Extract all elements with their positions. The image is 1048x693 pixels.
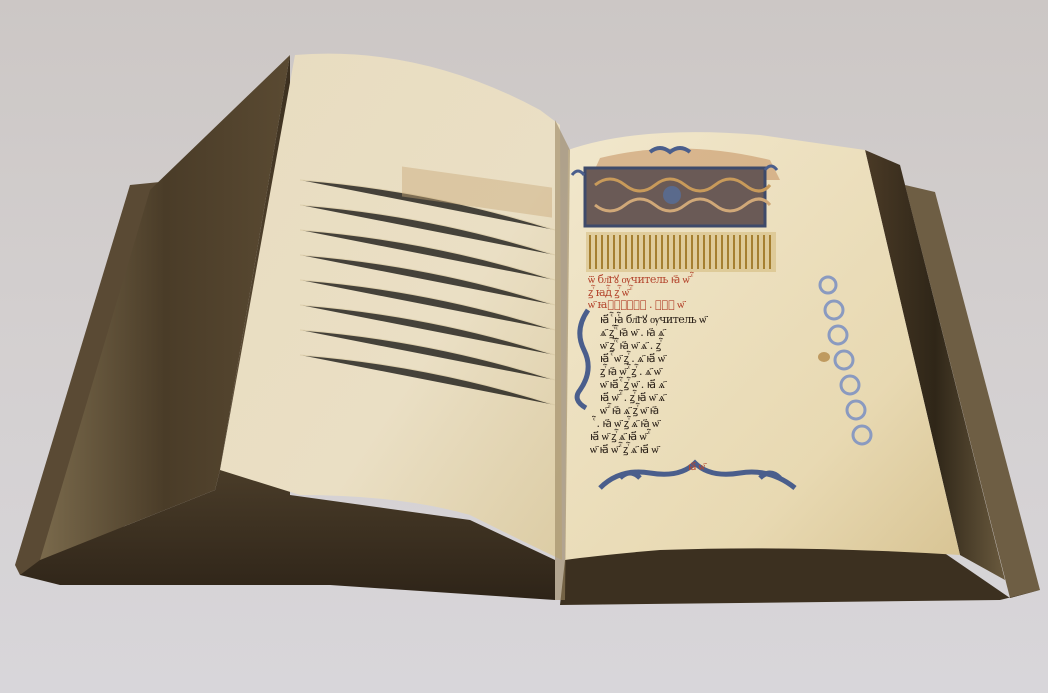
text-line: ѡ҃ ꙗ҃ ѡ҃ ⷭ҇ ꙁⷮ҇ ѧ҃ ꙗ҃ ѡ҃ bbox=[590, 442, 658, 457]
manuscript-photo: ѿ бл҃гꙋ ѹчитель ꙗ҃ ѡ҃ ⷭ҇ ꙁⷮ҇ ꙗдⷭ҇ ꙁⷮ҇ ѡ҃… bbox=[0, 0, 1048, 693]
red-text-line: ѡ҃ ꙗ҃ⷭ҇ꙁⷮ҇ . ꙁⷮ҇ ѡ҃ bbox=[588, 298, 684, 311]
folio-number: ꙗ҃ ѡ҃ bbox=[688, 462, 704, 473]
illuminated-headpiece bbox=[572, 148, 780, 226]
book-illustration bbox=[0, 0, 1048, 693]
